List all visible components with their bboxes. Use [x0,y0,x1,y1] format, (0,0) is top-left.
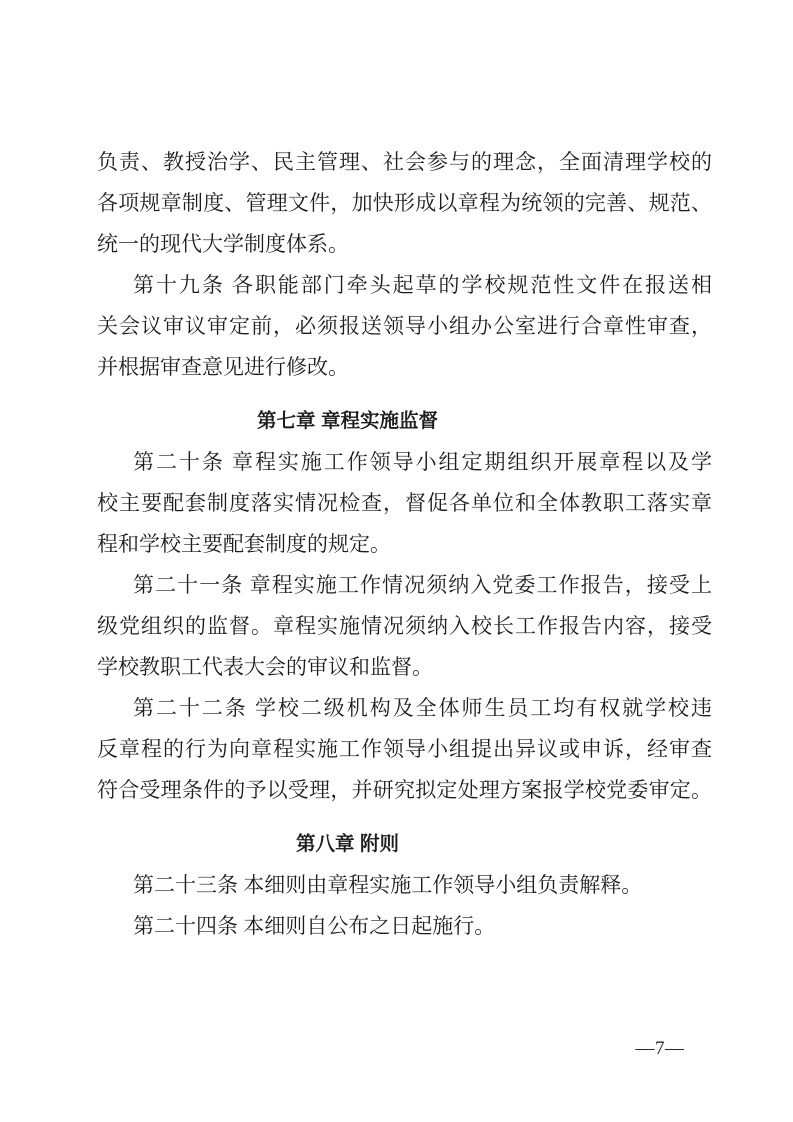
paragraph: 第二十二条 学校二级机构及全体师生员工均有权就学校违 反章程的行为向章程实施工作… [97,688,712,811]
paragraph: 第二十四条 本细则自公布之日起施行。 [97,906,712,947]
paragraph: 第十九条 各职能部门牵头起草的学校规范性文件在报送相 关会议审议审定前，必须报送… [97,265,712,388]
paragraph: 第二十条 章程实施工作领导小组定期组织开展章程以及学 校主要配套制度落实情况检查… [97,442,712,565]
text-line: 统一的现代大学制度体系。 [97,224,712,265]
text-line: 第二十二条 学校二级机构及全体师生员工均有权就学校违 [97,688,712,729]
document-body: 负责、教授治学、民主管理、社会参与的理念，全面清理学校的 各项规章制度、管理文件… [97,142,712,947]
text-line: 校主要配套制度落实情况检查，督促各单位和全体教职工落实章 [97,483,712,524]
text-line: 级党组织的监督。章程实施情况须纳入校长工作报告内容，接受 [97,606,712,647]
paragraph: 第二十一条 章程实施工作情况须纳入党委工作报告，接受上 级党组织的监督。章程实施… [97,565,712,688]
text-line: 各项规章制度、管理文件，加快形成以章程为统领的完善、规范、 [97,183,712,224]
paragraph: 第二十三条 本细则由章程实施工作领导小组负责解释。 [97,865,712,906]
text-line: 第二十三条 本细则由章程实施工作领导小组负责解释。 [97,865,712,906]
text-line: 程和学校主要配套制度的规定。 [97,524,712,565]
text-line: 反章程的行为向章程实施工作领导小组提出异议或申诉，经审查 [97,729,712,770]
chapter-heading: 第八章 附则 [40,824,655,865]
text-line: 第二十一条 章程实施工作情况须纳入党委工作报告，接受上 [97,565,712,606]
text-line: 第十九条 各职能部门牵头起草的学校规范性文件在报送相 [97,265,712,306]
document-page: 负责、教授治学、民主管理、社会参与的理念，全面清理学校的 各项规章制度、管理文件… [0,0,793,1122]
page-number: —7— [620,1038,700,1060]
text-line: 第二十条 章程实施工作领导小组定期组织开展章程以及学 [97,442,712,483]
paragraph: 负责、教授治学、民主管理、社会参与的理念，全面清理学校的 各项规章制度、管理文件… [97,142,712,265]
text-line: 负责、教授治学、民主管理、社会参与的理念，全面清理学校的 [97,142,712,183]
text-line: 关会议审议审定前，必须报送领导小组办公室进行合章性审查， [97,306,712,347]
chapter-heading: 第七章 章程实施监督 [40,401,655,442]
text-line: 并根据审查意见进行修改。 [97,347,712,388]
text-line: 学校教职工代表大会的审议和监督。 [97,647,712,688]
text-line: 第二十四条 本细则自公布之日起施行。 [97,906,712,947]
text-line: 符合受理条件的予以受理，并研究拟定处理方案报学校党委审定。 [97,770,712,811]
